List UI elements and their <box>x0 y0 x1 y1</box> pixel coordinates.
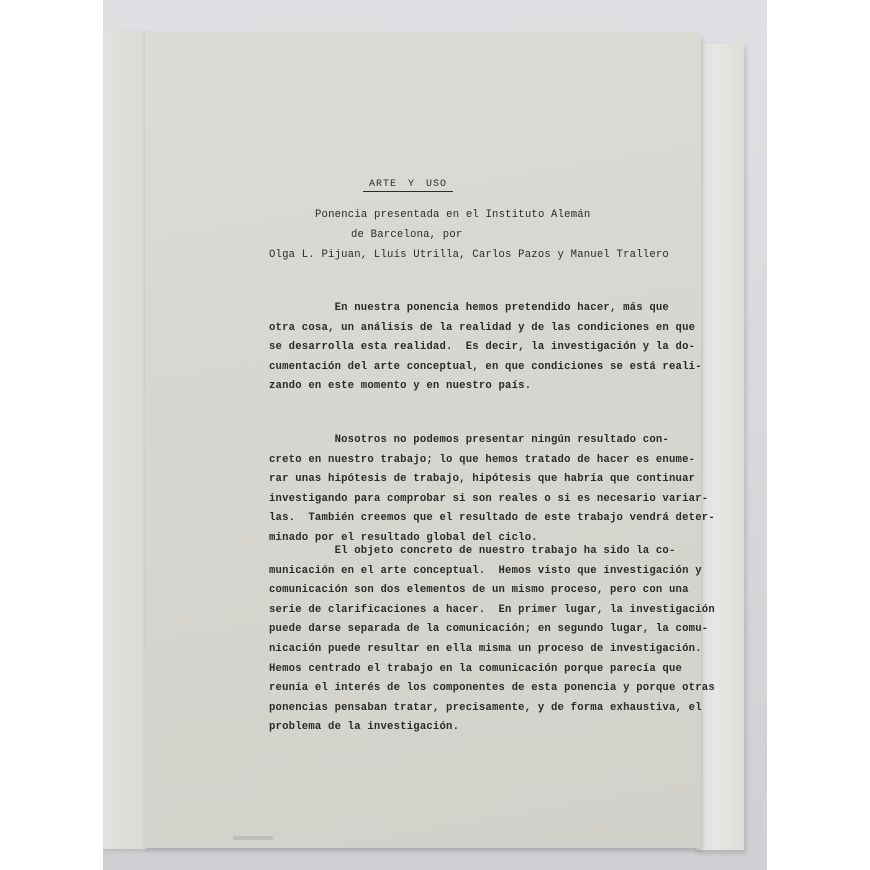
text-line: municación en el arte conceptual. Hemos … <box>269 562 689 582</box>
faint-stamp-mark <box>233 836 273 840</box>
text-line: investigando para comprobar si son reale… <box>269 490 689 510</box>
paragraph-1: En nuestra ponencia hemos pretendido hac… <box>269 299 689 397</box>
text-line: otra cosa, un análisis de la realidad y … <box>269 319 689 339</box>
text-line: creto en nuestro trabajo; lo que hemos t… <box>269 451 689 471</box>
text-line: se desarrolla esta realidad. Es decir, l… <box>269 338 689 358</box>
text-line: nicación puede resultar en ella misma un… <box>269 640 689 660</box>
typewritten-page: ARTE Y USO Ponencia presentada en el Ins… <box>145 32 701 848</box>
text-line: ponencias pensaban tratar, precisamente,… <box>269 699 689 719</box>
text-line: rar unas hipótesis de trabajo, hipótesis… <box>269 470 689 490</box>
paragraph-2: Nosotros no podemos presentar ningún res… <box>269 431 689 549</box>
text-line: reunía el interés de los componentes de … <box>269 679 689 699</box>
text-line: Nosotros no podemos presentar ningún res… <box>269 431 689 451</box>
text-line: comunicación son dos elementos de un mis… <box>269 581 689 601</box>
text-line: Hemos centrado el trabajo en la comunica… <box>269 660 689 680</box>
text-line: En nuestra ponencia hemos pretendido hac… <box>269 299 689 319</box>
folder-flap-left <box>103 31 148 849</box>
text-line: serie de clarificaciones a hacer. En pri… <box>269 601 689 621</box>
text-line: puede darse separada de la comunicación;… <box>269 620 689 640</box>
text-line: cumentación del arte conceptual, en que … <box>269 358 689 378</box>
document-photo: ARTE Y USO Ponencia presentada en el Ins… <box>103 0 767 870</box>
text-line: zando en este momento y en nuestro país. <box>269 377 689 397</box>
folder-flap-right <box>695 44 744 850</box>
document-title: ARTE Y USO <box>145 179 701 190</box>
authors-line: Olga L. Pijuan, Lluís Utrilla, Carlos Pa… <box>269 249 669 261</box>
page-content: ARTE Y USO Ponencia presentada en el Ins… <box>145 32 701 848</box>
text-line: problema de la investigación. <box>269 718 689 738</box>
title-text: ARTE Y USO <box>363 179 453 192</box>
text-line: El objeto concreto de nuestro trabajo ha… <box>269 542 689 562</box>
paragraph-3: El objeto concreto de nuestro trabajo ha… <box>269 542 689 738</box>
text-line: las. También creemos que el resultado de… <box>269 509 689 529</box>
subtitle-line-2: de Barcelona, por <box>351 229 462 241</box>
subtitle-line-1: Ponencia presentada en el Instituto Alem… <box>315 209 590 221</box>
